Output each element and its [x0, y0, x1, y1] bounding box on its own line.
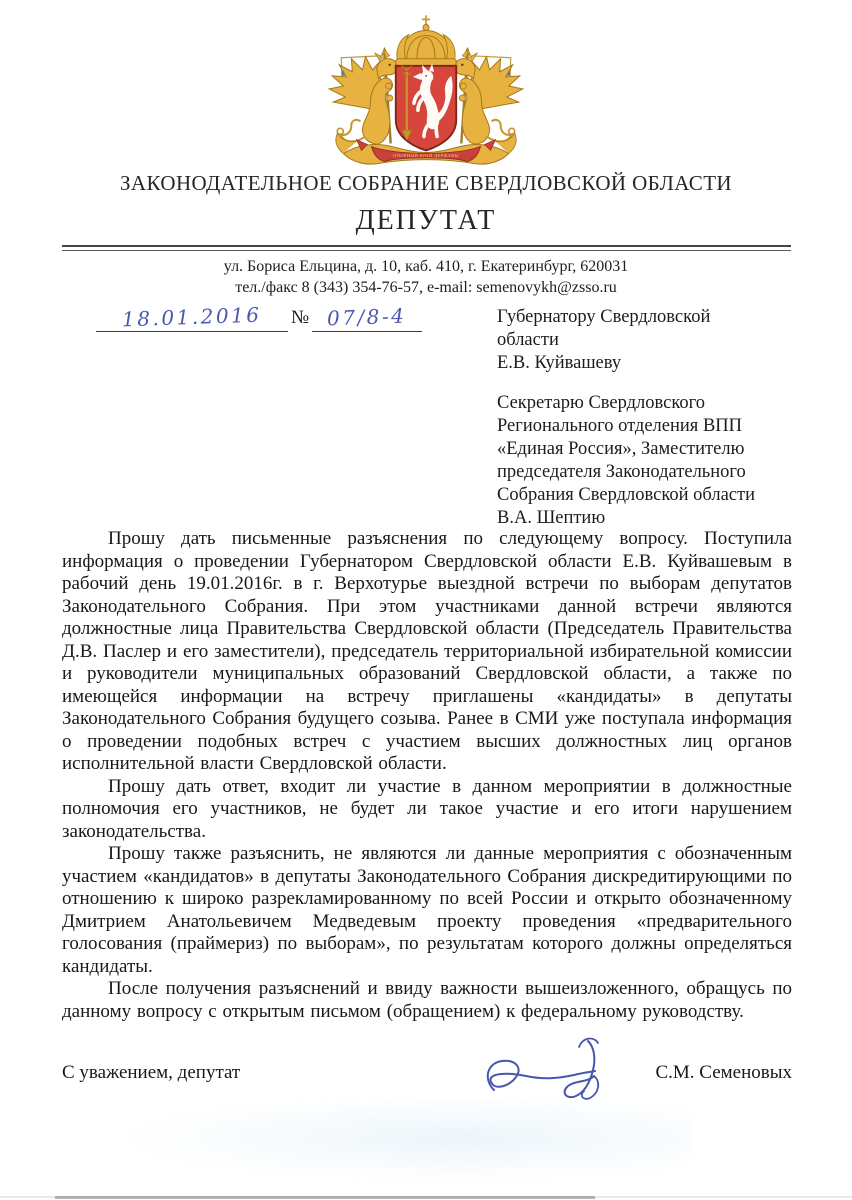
body-paragraph-2: Прошу дать ответ, входит ли участие в да… — [62, 776, 792, 844]
date-field: 18.01.2016 — [96, 303, 288, 332]
org-name: ЗАКОНОДАТЕЛЬНОЕ СОБРАНИЕ СВЕРДЛОВСКОЙ ОБ… — [0, 171, 852, 196]
scanned-letter-document: ОПОРНЫЙ КРАЙ ДЕРЖАВЫ — [0, 0, 852, 1200]
header-divider — [62, 245, 791, 251]
office-contacts: тел./факс 8 (343) 354-76-57, e-mail: sem… — [0, 279, 852, 297]
body-paragraph-1: Прошу дать письменные разъяснения по сле… — [62, 528, 792, 776]
office-address: ул. Бориса Ельцина, д. 10, каб. 410, г. … — [0, 258, 852, 276]
body-paragraph-3: Прошу также разъяснить, не являются ли д… — [62, 843, 792, 978]
closing-row: С уважением, депутат С.М. Семеновых — [62, 1054, 792, 1134]
salutation: С уважением, депутат — [62, 1062, 240, 1084]
coat-of-arms: ОПОРНЫЙ КРАЙ ДЕРЖАВЫ — [309, 13, 543, 167]
handwritten-date: 18.01.2016 — [122, 301, 262, 334]
motto-text: ОПОРНЫЙ КРАЙ ДЕРЖАВЫ — [393, 153, 459, 158]
addressee-secretary: Секретарю Свердловского Регионального от… — [497, 392, 797, 530]
deputy-title: ДЕПУТАТ — [0, 205, 852, 237]
addressee-governor: Губернатору Свердловской области Е.В. Ку… — [497, 306, 797, 375]
letter-body: Прошу дать письменные разъяснения по сле… — [62, 528, 792, 1023]
number-sign-label: № — [291, 307, 309, 329]
handwritten-number: 07/8-4 — [327, 302, 407, 333]
signer-name: С.М. Семеновых — [655, 1062, 792, 1084]
crown-icon — [396, 15, 457, 65]
addressee-block: Губернатору Свердловской области Е.В. Ку… — [497, 306, 797, 547]
scan-edge-shadow — [55, 1196, 595, 1199]
body-paragraph-4: После получения разъяснений и ввиду важн… — [62, 978, 792, 1023]
number-field: 07/8-4 — [312, 303, 422, 332]
signature-icon — [470, 1032, 640, 1124]
griffin-tail-icon — [340, 120, 365, 142]
